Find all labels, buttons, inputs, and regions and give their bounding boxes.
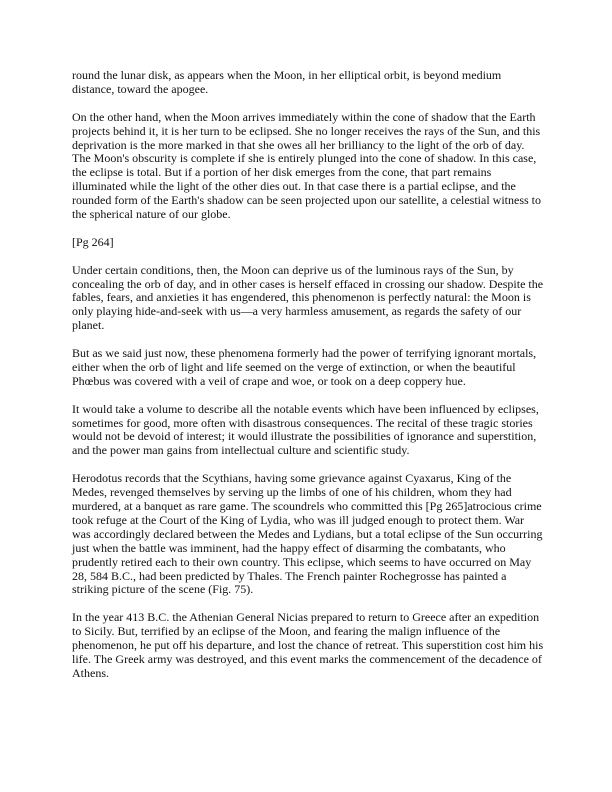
paragraph-terrifying: But as we said just now, these phenomena… [72, 347, 544, 389]
page-marker: [Pg 264] [72, 236, 544, 250]
paragraph-lunar-eclipse: On the other hand, when the Moon arrives… [72, 111, 544, 222]
paragraph-continuation: round the lunar disk, as appears when th… [72, 69, 544, 97]
paragraph-herodotus: Herodotus records that the Scythians, ha… [72, 472, 544, 597]
document-page: round the lunar disk, as appears when th… [72, 69, 544, 695]
paragraph-notable-events: It would take a volume to describe all t… [72, 403, 544, 459]
paragraph-conditions: Under certain conditions, then, the Moon… [72, 264, 544, 334]
paragraph-nicias: In the year 413 B.C. the Athenian Genera… [72, 611, 544, 681]
